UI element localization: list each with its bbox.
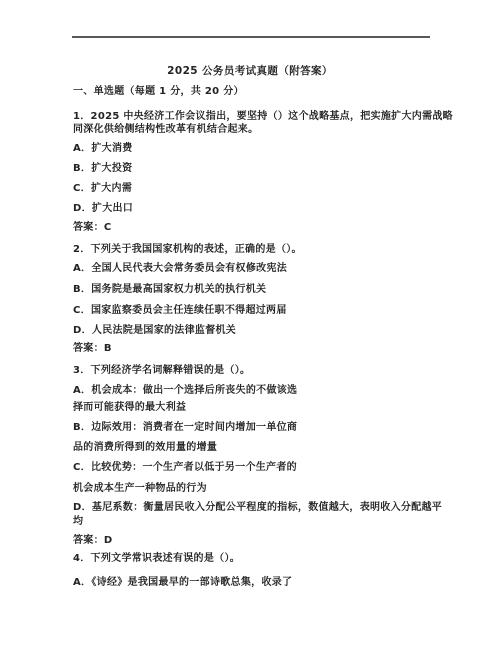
option-line: B．国务院是最高国家权力机关的执行机关 [73, 284, 266, 296]
option-line: B．边际效用：消费者在一定时间内增加一单位商 [73, 422, 297, 434]
option-line: D．扩大出口 [73, 203, 133, 215]
option-line: D．人民法院是国家的法律监督机关 [73, 325, 236, 337]
option-line: A．《诗经》是我国最早的一部诗歌总集，收录了 [73, 577, 292, 589]
option-line: C．国家监察委员会主任连续任职不得超过两届 [73, 305, 287, 317]
option-line: A．全国人民代表大会常务委员会有权修改宪法 [73, 263, 287, 275]
option-line: A．机会成本：做出一个选择后所丧失的不做该选 [73, 385, 297, 397]
option-line: C．比较优势：一个生产者以低于另一个生产者的 [73, 462, 297, 474]
option-line: C．扩大内需 [73, 183, 132, 195]
option-line: D．基尼系数：衡量居民收入分配公平程度的指标，数值越大，表明收入分配越平 [73, 502, 442, 514]
question-stem-line: 2．下列关于我国国家机构的表述，正确的是（）。 [73, 244, 302, 256]
option-line: A．扩大消费 [73, 143, 133, 155]
option-line: 择而可能获得的最大利益 [73, 402, 186, 414]
option-line: B．扩大投资 [73, 163, 132, 175]
answer-line: 答案：B [73, 343, 112, 355]
option-line: 均 [73, 516, 83, 528]
option-line: 品的消费所得到的效用量的增量 [73, 442, 217, 454]
top-divider-line [72, 36, 430, 38]
question-stem-line: 同深化供给侧结构性改革有机结合起来。 [73, 124, 258, 136]
question-stem-line: 4．下列文学常识表述有误的是（）。 [73, 553, 240, 565]
option-line: 机会成本生产一种物品的行为 [73, 483, 207, 495]
section-heading: 一、单选题（每题 1 分，共 20 分） [73, 86, 244, 98]
answer-line: 答案：D [73, 535, 113, 547]
exam-document-page: 2025 公务员考试真题（附答案）一、单选题（每题 1 分，共 20 分）1．2… [0, 0, 500, 647]
answer-line: 答案：C [73, 222, 112, 234]
doc-title: 2025 公务员考试真题（附答案） [0, 65, 500, 77]
question-stem-line: 1．2025 中央经济工作会议指出，要坚持（）这个战略基点，把实施扩大内需战略 [73, 111, 453, 123]
question-stem-line: 3．下列经济学名词解释错误的是（）。 [73, 365, 250, 377]
